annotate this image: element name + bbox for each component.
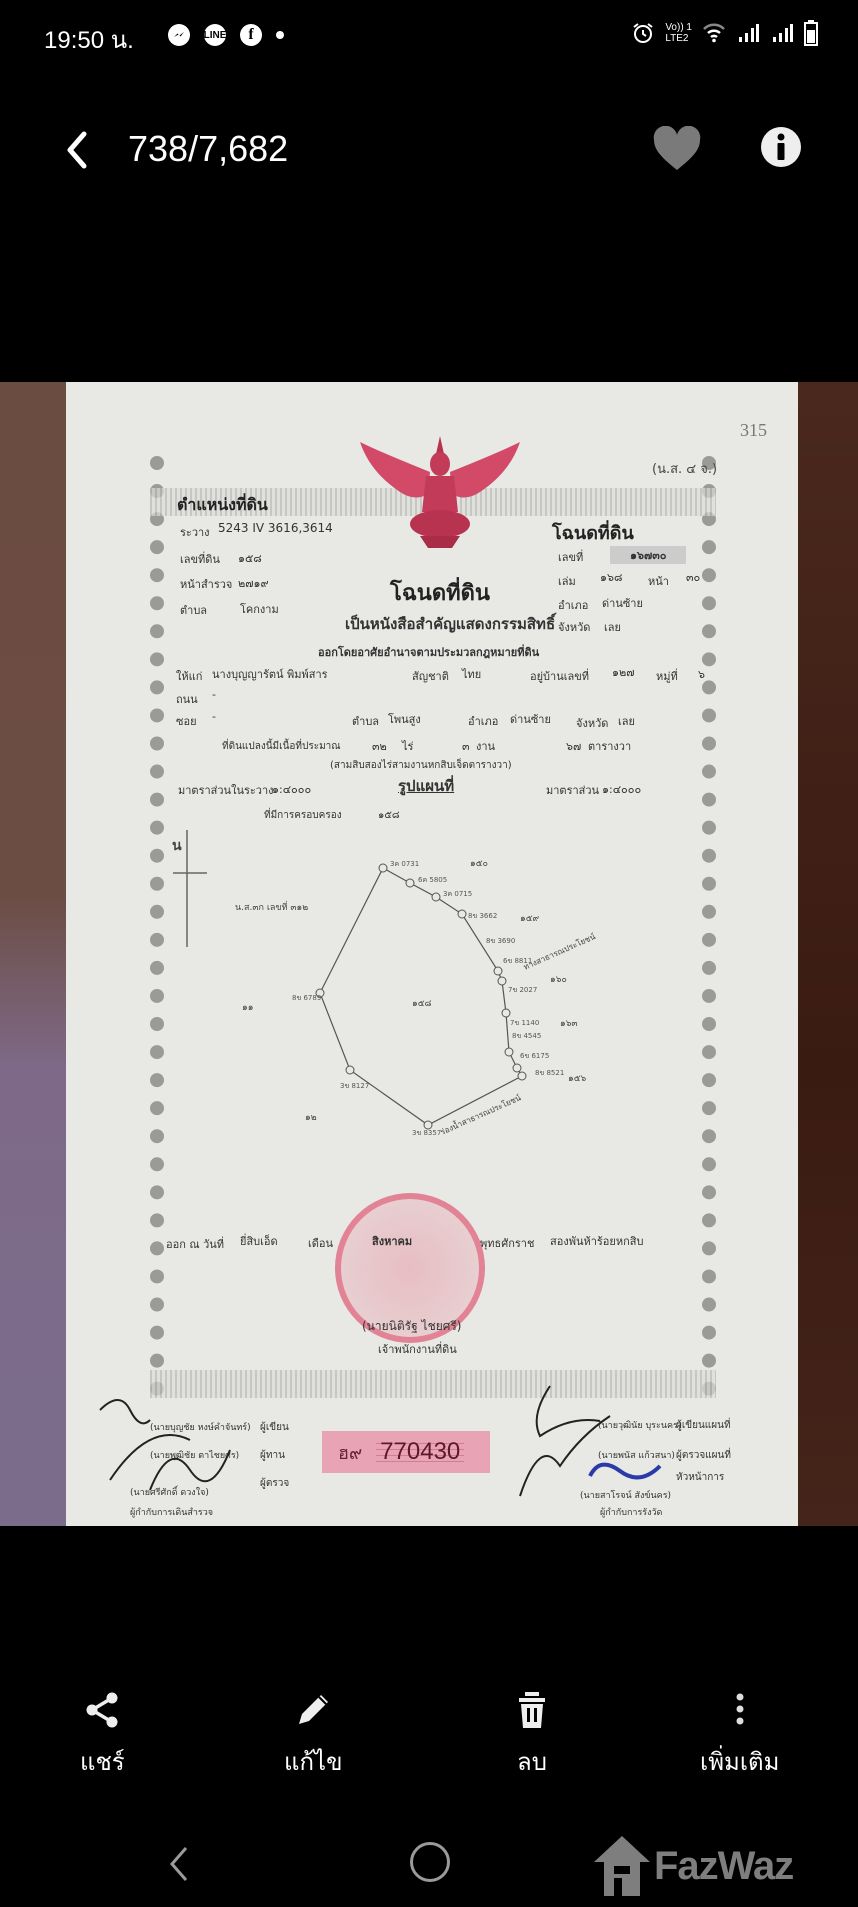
chevron-left-icon	[58, 128, 98, 172]
handwritten-number: 315	[740, 420, 767, 441]
left-footer: ผู้กำกับการเดินสำรวจ	[130, 1505, 213, 1519]
field-label-survey-page: หน้าสำรวจ	[180, 575, 232, 593]
possession-label: ที่มีการครอบครอง	[264, 808, 342, 823]
info-button[interactable]	[760, 126, 802, 168]
field-value-land-no: ๑๕๘	[238, 549, 262, 567]
moo-label: หมู่ที่	[656, 667, 678, 685]
svg-text:น.ส.๓ก เลขที่ ๓๑๒: น.ส.๓ก เลขที่ ๓๑๒	[235, 900, 308, 913]
tambon-value: โพนสูง	[388, 710, 421, 728]
officer-title: เจ้าพนักงานที่ดิน	[378, 1340, 457, 1358]
more-vertical-icon	[720, 1690, 760, 1730]
line-icon: LINE	[204, 24, 226, 46]
nav-home-button[interactable]	[410, 1842, 450, 1882]
issue-month: สิงหาคม	[372, 1232, 412, 1250]
scale-right-value: ๑:๔๐๐๐	[602, 780, 641, 798]
road-label: ถนน	[176, 690, 198, 708]
owner-label: ให้แก่	[176, 667, 202, 685]
field-value-volume: ๑๖๘	[600, 568, 622, 586]
svg-text:6ข 6175: 6ข 6175	[520, 1052, 549, 1060]
background-wall-left	[0, 382, 66, 1526]
svg-text:๑๑: ๑๑	[242, 1003, 253, 1013]
deed-heading-right: โฉนดที่ดิน	[552, 518, 634, 547]
right-footer: ผู้กำกับการรังวัด	[600, 1505, 662, 1519]
status-bar: 19:50 น. LINE f Vo)) 1LTE2	[0, 0, 858, 72]
svg-text:7ข 2027: 7ข 2027	[508, 986, 537, 994]
heart-icon	[652, 126, 702, 172]
favorite-button[interactable]	[652, 126, 702, 174]
more-notifications-dot-icon	[276, 31, 284, 39]
field-label-page: หน้า	[648, 572, 669, 590]
soi-label: ซอย	[176, 712, 197, 730]
battery-icon	[804, 20, 818, 46]
deed-issued-by: ออกโดยอาศัยอำนาจตามประมวลกฎหมายที่ดิน	[318, 643, 539, 661]
alarm-icon	[631, 21, 655, 45]
status-time: 19:50 น.	[44, 20, 134, 59]
svg-text:๑๖๓: ๑๖๓	[560, 1019, 578, 1029]
field-value-page: ๓๐	[686, 568, 700, 586]
map-title: รูปแผนที่	[398, 774, 454, 798]
signature-left	[90, 1390, 290, 1500]
area-ngan-label: งาน	[476, 737, 495, 755]
svg-text:8ข 8521: 8ข 8521	[535, 1069, 564, 1077]
road-value: -	[212, 688, 216, 701]
scale-left-value: ๑:๔๐๐๐	[272, 780, 311, 798]
svg-text:3ข 8357: 3ข 8357	[412, 1129, 441, 1137]
amphoe-value: ด่านซ้าย	[510, 710, 551, 728]
field-label-tambon: ตำบล	[180, 601, 207, 619]
issue-month-label: เดือน	[308, 1234, 333, 1252]
possession-number: ๑๕๘	[378, 808, 400, 823]
area-sqwa-label: ตารางวา	[588, 737, 631, 755]
trash-icon	[512, 1690, 552, 1730]
province-value: เลย	[618, 712, 635, 730]
messenger-icon	[168, 24, 190, 46]
road-label: ทางสาธารณประโยชน์	[522, 931, 598, 972]
field-label-land-no: เลขที่ดิน	[180, 550, 220, 568]
area-in-words: (สามสิบสองไร่สามงานหกสิบเจ็ดตารางวา)	[330, 758, 512, 773]
tambon-label: ตำบล	[352, 712, 379, 730]
province-label: จังหวัด	[576, 714, 608, 732]
nationality-label: สัญชาติ	[412, 667, 449, 685]
signal-icon	[770, 22, 794, 44]
field-label-province: จังหวัด	[558, 618, 590, 636]
svg-text:8ข 3662: 8ข 3662	[468, 912, 497, 920]
svg-text:8ข 3690: 8ข 3690	[486, 937, 515, 945]
form-code: (น.ส. ๔ จ.)	[652, 458, 717, 479]
deed-subtitle: เป็นหนังสือสำคัญแสดงกรรมสิทธิ์	[345, 612, 555, 636]
house-no-label: อยู่บ้านเลขที่	[530, 667, 589, 685]
field-value-amphoe: ด่านซ้าย	[602, 594, 643, 612]
photo-action-toolbar: แชร์ แก้ไข ลบ เพิ่มเติม	[0, 1690, 858, 1800]
share-button[interactable]: แชร์	[80, 1690, 125, 1781]
volte-lte-indicator: Vo)) 1LTE2	[665, 22, 692, 44]
svg-text:6ฅ 5805: 6ฅ 5805	[418, 876, 447, 884]
pencil-icon	[293, 1690, 333, 1730]
land-position-heading: ตำแหน่งที่ดิน	[177, 493, 268, 518]
more-button[interactable]: เพิ่มเติม	[700, 1690, 779, 1781]
nav-back-button[interactable]	[166, 1844, 192, 1884]
svg-text:7ข 1140: 7ข 1140	[510, 1019, 539, 1027]
deed-title: โฉนดที่ดิน	[390, 575, 490, 610]
issued-at-label: ออก ณ วันที่	[166, 1235, 224, 1253]
nationality-value: ไทย	[462, 665, 481, 683]
background-wall-right	[796, 382, 858, 1526]
delete-button[interactable]: ลบ	[512, 1690, 552, 1781]
area-rai: ๓๒	[372, 737, 387, 755]
image-counter: 738/7,682	[128, 128, 288, 170]
area-ngan: ๓	[462, 737, 470, 755]
info-icon	[760, 126, 802, 168]
scale-right-label: มาตราส่วน	[546, 781, 599, 799]
system-status-icons: Vo)) 1LTE2	[631, 20, 818, 46]
issue-day: ยี่สิบเอ็ด	[240, 1232, 278, 1250]
field-value-survey-page: ๒๗๑๙	[238, 574, 269, 592]
area-rai-label: ไร่	[402, 737, 413, 755]
officer-name: (นายนิติรัฐ ไชยศรี)	[362, 1317, 462, 1336]
svg-text:๑๕๖: ๑๕๖	[568, 1074, 587, 1084]
fazwaz-logo-icon	[594, 1836, 650, 1896]
field-value-rawang: 5243 IV 3616,3614	[218, 521, 333, 535]
back-button[interactable]	[58, 128, 98, 172]
field-label-deed-no: เลขที่	[558, 548, 583, 566]
facebook-icon: f	[240, 24, 262, 46]
nav-back-icon	[166, 1844, 192, 1884]
svg-text:๑๕๙: ๑๕๙	[520, 914, 540, 924]
field-label-volume: เล่ม	[558, 572, 576, 590]
field-label-amphoe: อำเภอ	[558, 596, 588, 614]
signature-right	[490, 1376, 690, 1506]
scale-left-label: มาตราส่วนในระวาง	[178, 781, 274, 799]
area-label: ที่ดินแปลงนี้มีเนื้อที่ประมาณ	[222, 739, 341, 754]
north-label: น	[172, 838, 182, 854]
svg-text:๑๖๐: ๑๖๐	[550, 975, 567, 985]
area-sqwa: ๖๗	[566, 737, 581, 755]
house-no-value: ๑๒๗	[612, 663, 635, 681]
viewer-header: 738/7,682	[0, 110, 858, 190]
edit-button[interactable]: แก้ไข	[284, 1690, 342, 1781]
moo-value: ๖	[698, 665, 705, 683]
svg-text:๑๕๐: ๑๕๐	[470, 859, 488, 869]
soi-value: -	[212, 710, 216, 723]
svg-text:3ฅ 0715: 3ฅ 0715	[443, 890, 472, 898]
svg-text:๑๕๘: ๑๕๘	[412, 999, 432, 1009]
svg-text:3ข 8127: 3ข 8127	[340, 1082, 369, 1090]
owner-name: นางบุญญารัตน์ พิมพ์สาร	[212, 665, 328, 683]
wifi-icon	[702, 22, 726, 44]
field-value-province: เลย	[604, 618, 621, 636]
deed-serial-number: ฮ๙ 770430	[322, 1431, 490, 1473]
svg-text:๑๒: ๑๒	[305, 1113, 317, 1123]
parcel-map: 3ฅ 07316ฅ 5805 3ฅ 07158ข 3662 8ข 36906ข …	[150, 830, 700, 1150]
field-label-rawang: ระวาง	[180, 523, 210, 541]
issue-year: สองพันห้าร้อยหกสิบ	[550, 1232, 643, 1250]
garuda-emblem-icon	[360, 432, 520, 552]
svg-text:8ข 6789: 8ข 6789	[292, 994, 321, 1002]
svg-text:8ข 4545: 8ข 4545	[512, 1032, 541, 1040]
share-icon	[82, 1690, 122, 1730]
svg-text:3ฅ 0731: 3ฅ 0731	[390, 860, 419, 868]
field-value-tambon: โคกงาม	[240, 600, 279, 618]
signal-icon	[736, 22, 760, 44]
fazwaz-watermark: FazWaz	[594, 1836, 793, 1896]
notification-icons: LINE f	[168, 24, 284, 46]
field-value-deed-no: ๑๖๗๓๐	[610, 546, 686, 564]
amphoe-label: อำเภอ	[468, 712, 498, 730]
issue-year-label: พุทธศักราช	[480, 1234, 534, 1252]
system-navigation-bar: FazWaz	[0, 1830, 858, 1907]
